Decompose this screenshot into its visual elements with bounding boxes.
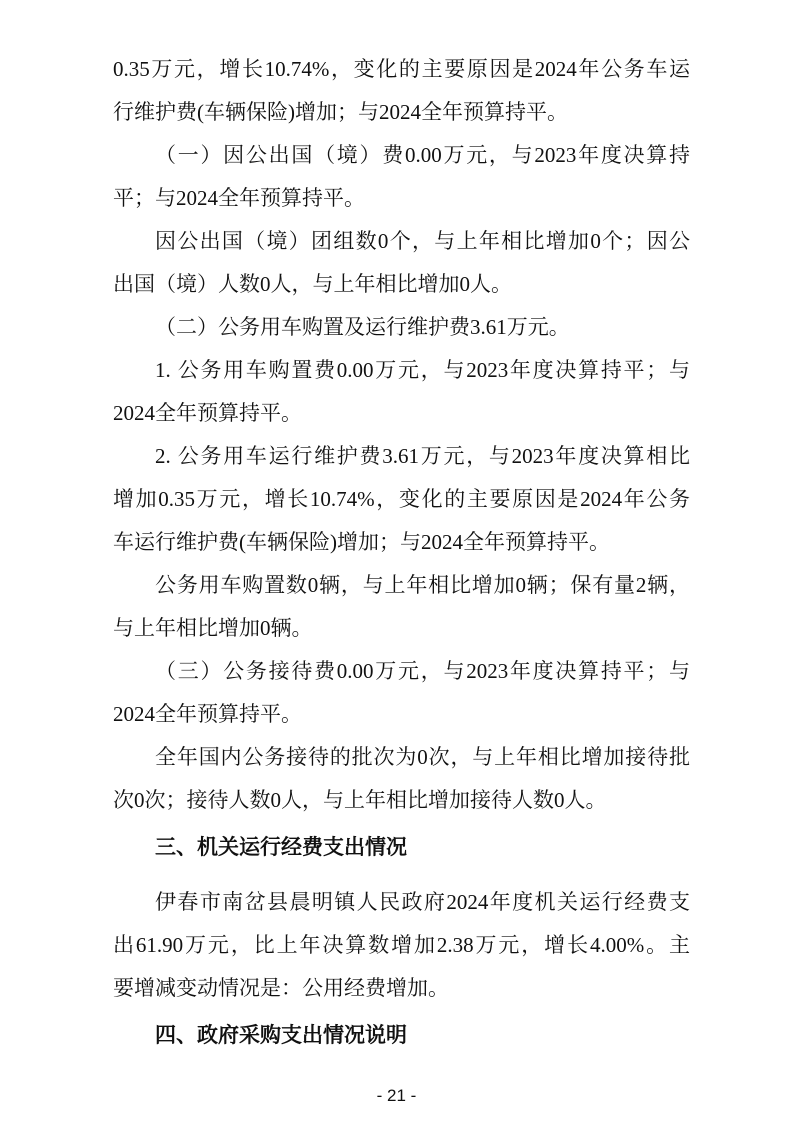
section-heading: 三、机关运行经费支出情况: [113, 826, 690, 869]
body-text-line: 2024全年预算持平。: [113, 392, 690, 435]
body-text-line: 要增减变动情况是：公用经费增加。: [113, 967, 690, 1010]
body-text-line: 与上年相比增加0辆。: [113, 607, 690, 650]
document-body: 0.35万元，增长10.74%，变化的主要原因是2024年公务车运行维护费(车辆…: [113, 48, 690, 1069]
body-text-line: （一）因公出国（境）费0.00万元，与2023年度决算持: [113, 134, 690, 177]
body-text-line: 全年国内公务接待的批次为0次，与上年相比增加接待批: [113, 736, 690, 779]
body-text-line: （三）公务接待费0.00万元，与2023年度决算持平；与: [113, 650, 690, 693]
body-text-line: 伊春市南岔县晨明镇人民政府2024年度机关运行经费支: [113, 881, 690, 924]
body-text-line: 车运行维护费(车辆保险)增加；与2024全年预算持平。: [113, 521, 690, 564]
body-text-line: 平；与2024全年预算持平。: [113, 177, 690, 220]
document-page: 0.35万元，增长10.74%，变化的主要原因是2024年公务车运行维护费(车辆…: [0, 0, 793, 1122]
body-text-line: 出61.90万元，比上年决算数增加2.38万元，增长4.00%。主: [113, 924, 690, 967]
body-text-line: 2024全年预算持平。: [113, 693, 690, 736]
body-text-line: 2. 公务用车运行维护费3.61万元，与2023年度决算相比: [113, 435, 690, 478]
body-text-line: 行维护费(车辆保险)增加；与2024全年预算持平。: [113, 91, 690, 134]
body-text-line: 公务用车购置数0辆，与上年相比增加0辆；保有量2辆，: [113, 564, 690, 607]
section-heading: 四、政府采购支出情况说明: [113, 1014, 690, 1057]
body-text-line: 次0次；接待人数0人，与上年相比增加接待人数0人。: [113, 779, 690, 822]
body-text-line: 增加0.35万元，增长10.74%，变化的主要原因是2024年公务: [113, 478, 690, 521]
page-number: - 21 -: [0, 1086, 793, 1106]
body-text-line: 0.35万元，增长10.74%，变化的主要原因是2024年公务车运: [113, 48, 690, 91]
body-text-line: 出国（境）人数0人，与上年相比增加0人。: [113, 263, 690, 306]
body-text-line: 1. 公务用车购置费0.00万元，与2023年度决算持平；与: [113, 349, 690, 392]
body-text-line: （二）公务用车购置及运行维护费3.61万元。: [113, 306, 690, 349]
body-text-line: 因公出国（境）团组数0个，与上年相比增加0个；因公: [113, 220, 690, 263]
